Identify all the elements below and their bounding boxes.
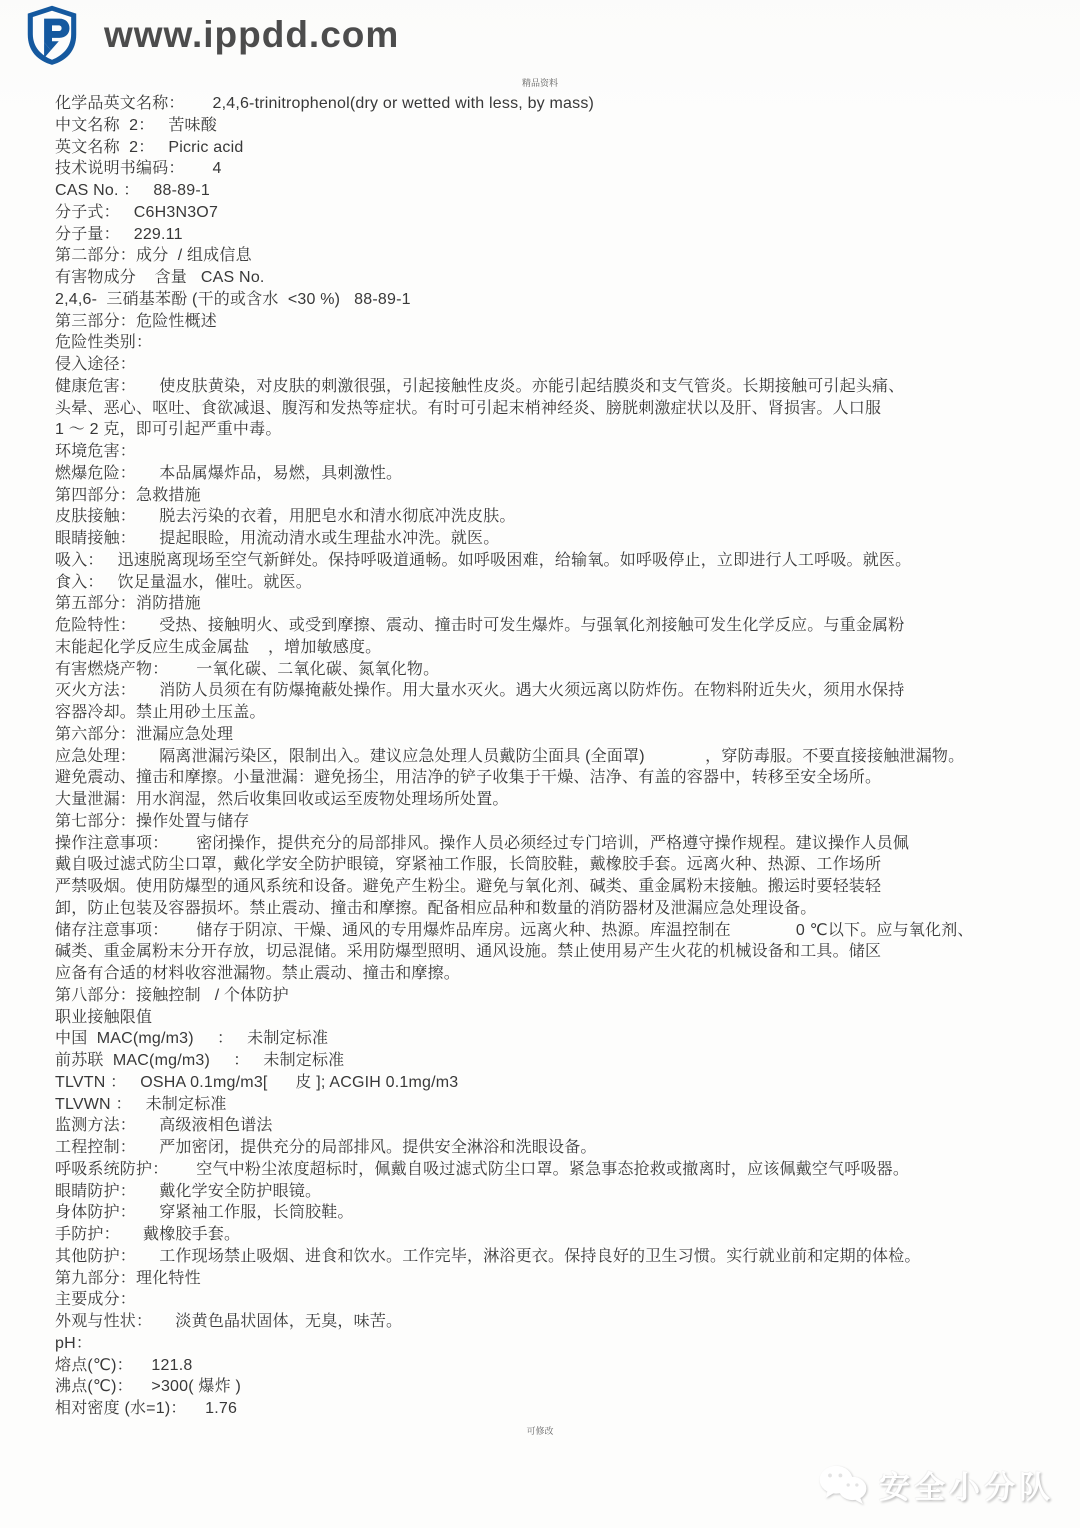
document-line: 监测方法： 高级液相色谱法 — [55, 1115, 1055, 1137]
document-line: 化学品英文名称： 2,4,6-trinitrophenol(dry or wet… — [55, 93, 1055, 115]
document-line: 燃爆危险： 本品属爆炸品，易燃，具刺激性。 — [55, 463, 1055, 485]
document-line: 主要成分： — [55, 1289, 1055, 1311]
document-line: 熔点(℃)： 121.8 — [55, 1355, 1055, 1377]
document-line: 皮肤接触： 脱去污染的衣着，用肥皂水和清水彻底冲洗皮肤。 — [55, 506, 1055, 528]
document-line: 中国 MAC(mg/m3) ： 未制定标准 — [55, 1028, 1055, 1050]
document-line: 避免震动、撞击和摩擦。小量泄漏：避免扬尘，用洁净的铲子收集于干燥、洁净、有盖的容… — [55, 767, 1055, 789]
document-line: CAS No. ： 88-89-1 — [55, 180, 1055, 202]
document-line: 末能起化学反应生成金属盐 ，增加敏感度。 — [55, 637, 1055, 659]
watermark: 安全小分队 — [817, 1462, 1054, 1507]
document-lines: 化学品英文名称： 2,4,6-trinitrophenol(dry or wet… — [55, 93, 1055, 1420]
document-line: 分子式： C6H3N3O7 — [55, 202, 1055, 224]
document-line: 健康危害： 使皮肤黄染，对皮肤的刺激很强，引起接触性皮炎。亦能引起结膜炎和支气管… — [55, 376, 1055, 398]
document-line: 吸入： 迅速脱离现场至空气新鲜处。保持呼吸道通畅。如呼吸困难，给输氧。如呼吸停止… — [55, 550, 1055, 572]
document-line: 危险特性： 受热、接触明火、或受到摩擦、震动、撞击时可发生爆炸。与强氧化剂接触可… — [55, 615, 1055, 637]
document-line: 容器冷却。禁止用砂土压盖。 — [55, 702, 1055, 724]
document-line: 工程控制： 严加密闭，提供充分的局部排风。提供安全淋浴和洗眼设备。 — [55, 1137, 1055, 1159]
document-line: 职业接触限值 — [55, 1007, 1055, 1029]
document-line: 危险性类别： — [55, 332, 1055, 354]
document-line: 呼吸系统防护： 空气中粉尘浓度超标时，佩戴自吸过滤式防尘口罩。紧急事态抢救或撤离… — [55, 1159, 1055, 1181]
site-url-text: www.ippdd.com — [104, 14, 399, 56]
document-line: 食入： 饮足量温水，催吐。就医。 — [55, 572, 1055, 594]
document-page: www.ippdd.com 精品资料 化学品英文名称： 2,4,6-trinit… — [0, 0, 1080, 1528]
document-line: 外观与性状： 淡黄色晶状固体，无臭，味苦。 — [55, 1311, 1055, 1333]
document-line: 第二部分：成分 / 组成信息 — [55, 245, 1055, 267]
document-line: 相对密度 (水=1)： 1.76 — [55, 1398, 1055, 1420]
document-line: 灭火方法： 消防人员须在有防爆掩蔽处操作。用大量水灭火。遇大火须远离以防炸伤。在… — [55, 680, 1055, 702]
document-line: 第六部分：泄漏应急处理 — [55, 724, 1055, 746]
document-line: 戴自吸过滤式防尘口罩，戴化学安全防护眼镜，穿紧袖工作服，长筒胶鞋，戴橡胶手套。远… — [55, 854, 1055, 876]
document-line: 沸点(℃)： >300( 爆炸 ) — [55, 1376, 1055, 1398]
document-line: 碱类、重金属粉末分开存放，切忌混储。采用防爆型照明、通风设施。禁止使用易产生火花… — [55, 941, 1055, 963]
document-line: TLVTN ： OSHA 0.1mg/m3[ 皮 ]; ACGIH 0.1mg/… — [55, 1072, 1055, 1094]
document-line: 第三部分：危险性概述 — [55, 311, 1055, 333]
watermark-text: 安全小分队 — [879, 1462, 1054, 1507]
document-line: 操作注意事项： 密闭操作，提供充分的局部排风。操作人员必须经过专门培训，严格遵守… — [55, 833, 1055, 855]
document-line: 应急处理： 隔离泄漏污染区，限制出入。建议应急处理人员戴防尘面具 (全面罩) ，… — [55, 746, 1055, 768]
document-line: 有害物成分 含量 CAS No. — [55, 267, 1055, 289]
document-line: TLVWN ： 未制定标准 — [55, 1094, 1055, 1116]
document-line: 头晕、恶心、呕吐、食欲减退、腹泻和发热等症状。有时可引起末梢神经炎、膀胱刺激症状… — [55, 398, 1055, 420]
document-line: 技术说明书编码： 4 — [55, 158, 1055, 180]
document-line: 英文名称 2： Picric acid — [55, 137, 1055, 159]
document-line: 眼睛防护： 戴化学安全防护眼镜。 — [55, 1181, 1055, 1203]
footer-note: 可修改 — [0, 1424, 1080, 1437]
document-line: 第五部分：消防措施 — [55, 593, 1055, 615]
document-line: 中文名称 2： 苦味酸 — [55, 115, 1055, 137]
document-line: 侵入途径： — [55, 354, 1055, 376]
document-line: 身体防护： 穿紧袖工作服，长筒胶鞋。 — [55, 1202, 1055, 1224]
document-line: 严禁吸烟。使用防爆型的通风系统和设备。避免产生粉尘。避免与氧化剂、碱类、重金属粉… — [55, 876, 1055, 898]
site-header: www.ippdd.com — [8, 4, 399, 66]
document-line: 第九部分：理化特性 — [55, 1268, 1055, 1290]
shield-p-logo-icon — [8, 4, 96, 66]
document-line: 其他防护： 工作现场禁止吸烟、进食和饮水。工作完毕，淋浴更衣。保持良好的卫生习惯… — [55, 1246, 1055, 1268]
document-line: 第八部分：接触控制 / 个体防护 — [55, 985, 1055, 1007]
document-line: 前苏联 MAC(mg/m3) ： 未制定标准 — [55, 1050, 1055, 1072]
document-line: 环境危害： — [55, 441, 1055, 463]
document-line: 应备有合适的材料收容泄漏物。禁止震动、撞击和摩擦。 — [55, 963, 1055, 985]
document-line: 2,4,6- 三硝基苯酚 (干的或含水 <30 %) 88-89-1 — [55, 289, 1055, 311]
document-line: 分子量： 229.11 — [55, 224, 1055, 246]
document-line: pH： — [55, 1333, 1055, 1355]
wechat-icon — [817, 1463, 869, 1507]
document-line: 1 ～ 2 克，即可引起严重中毒。 — [55, 419, 1055, 441]
document-line: 有害燃烧产物： 一氧化碳、二氧化碳、氮氧化物。 — [55, 659, 1055, 681]
document-line: 第四部分：急救措施 — [55, 485, 1055, 507]
document-line: 大量泄漏：用水润湿，然后收集回收或运至废物处理场所处置。 — [55, 789, 1055, 811]
document-line: 手防护： 戴橡胶手套。 — [55, 1224, 1055, 1246]
document-line: 储存注意事项： 储存于阴凉、干燥、通风的专用爆炸品库房。远离火种、热源。库温控制… — [55, 920, 1055, 942]
document-line: 卸，防止包装及容器损坏。禁止震动、撞击和摩擦。配备相应品种和数量的消防器材及泄漏… — [55, 898, 1055, 920]
top-note: 精品资料 — [0, 76, 1080, 89]
document-line: 第七部分：操作处置与储存 — [55, 811, 1055, 833]
document-line: 眼睛接触： 提起眼睑，用流动清水或生理盐水冲洗。就医。 — [55, 528, 1055, 550]
